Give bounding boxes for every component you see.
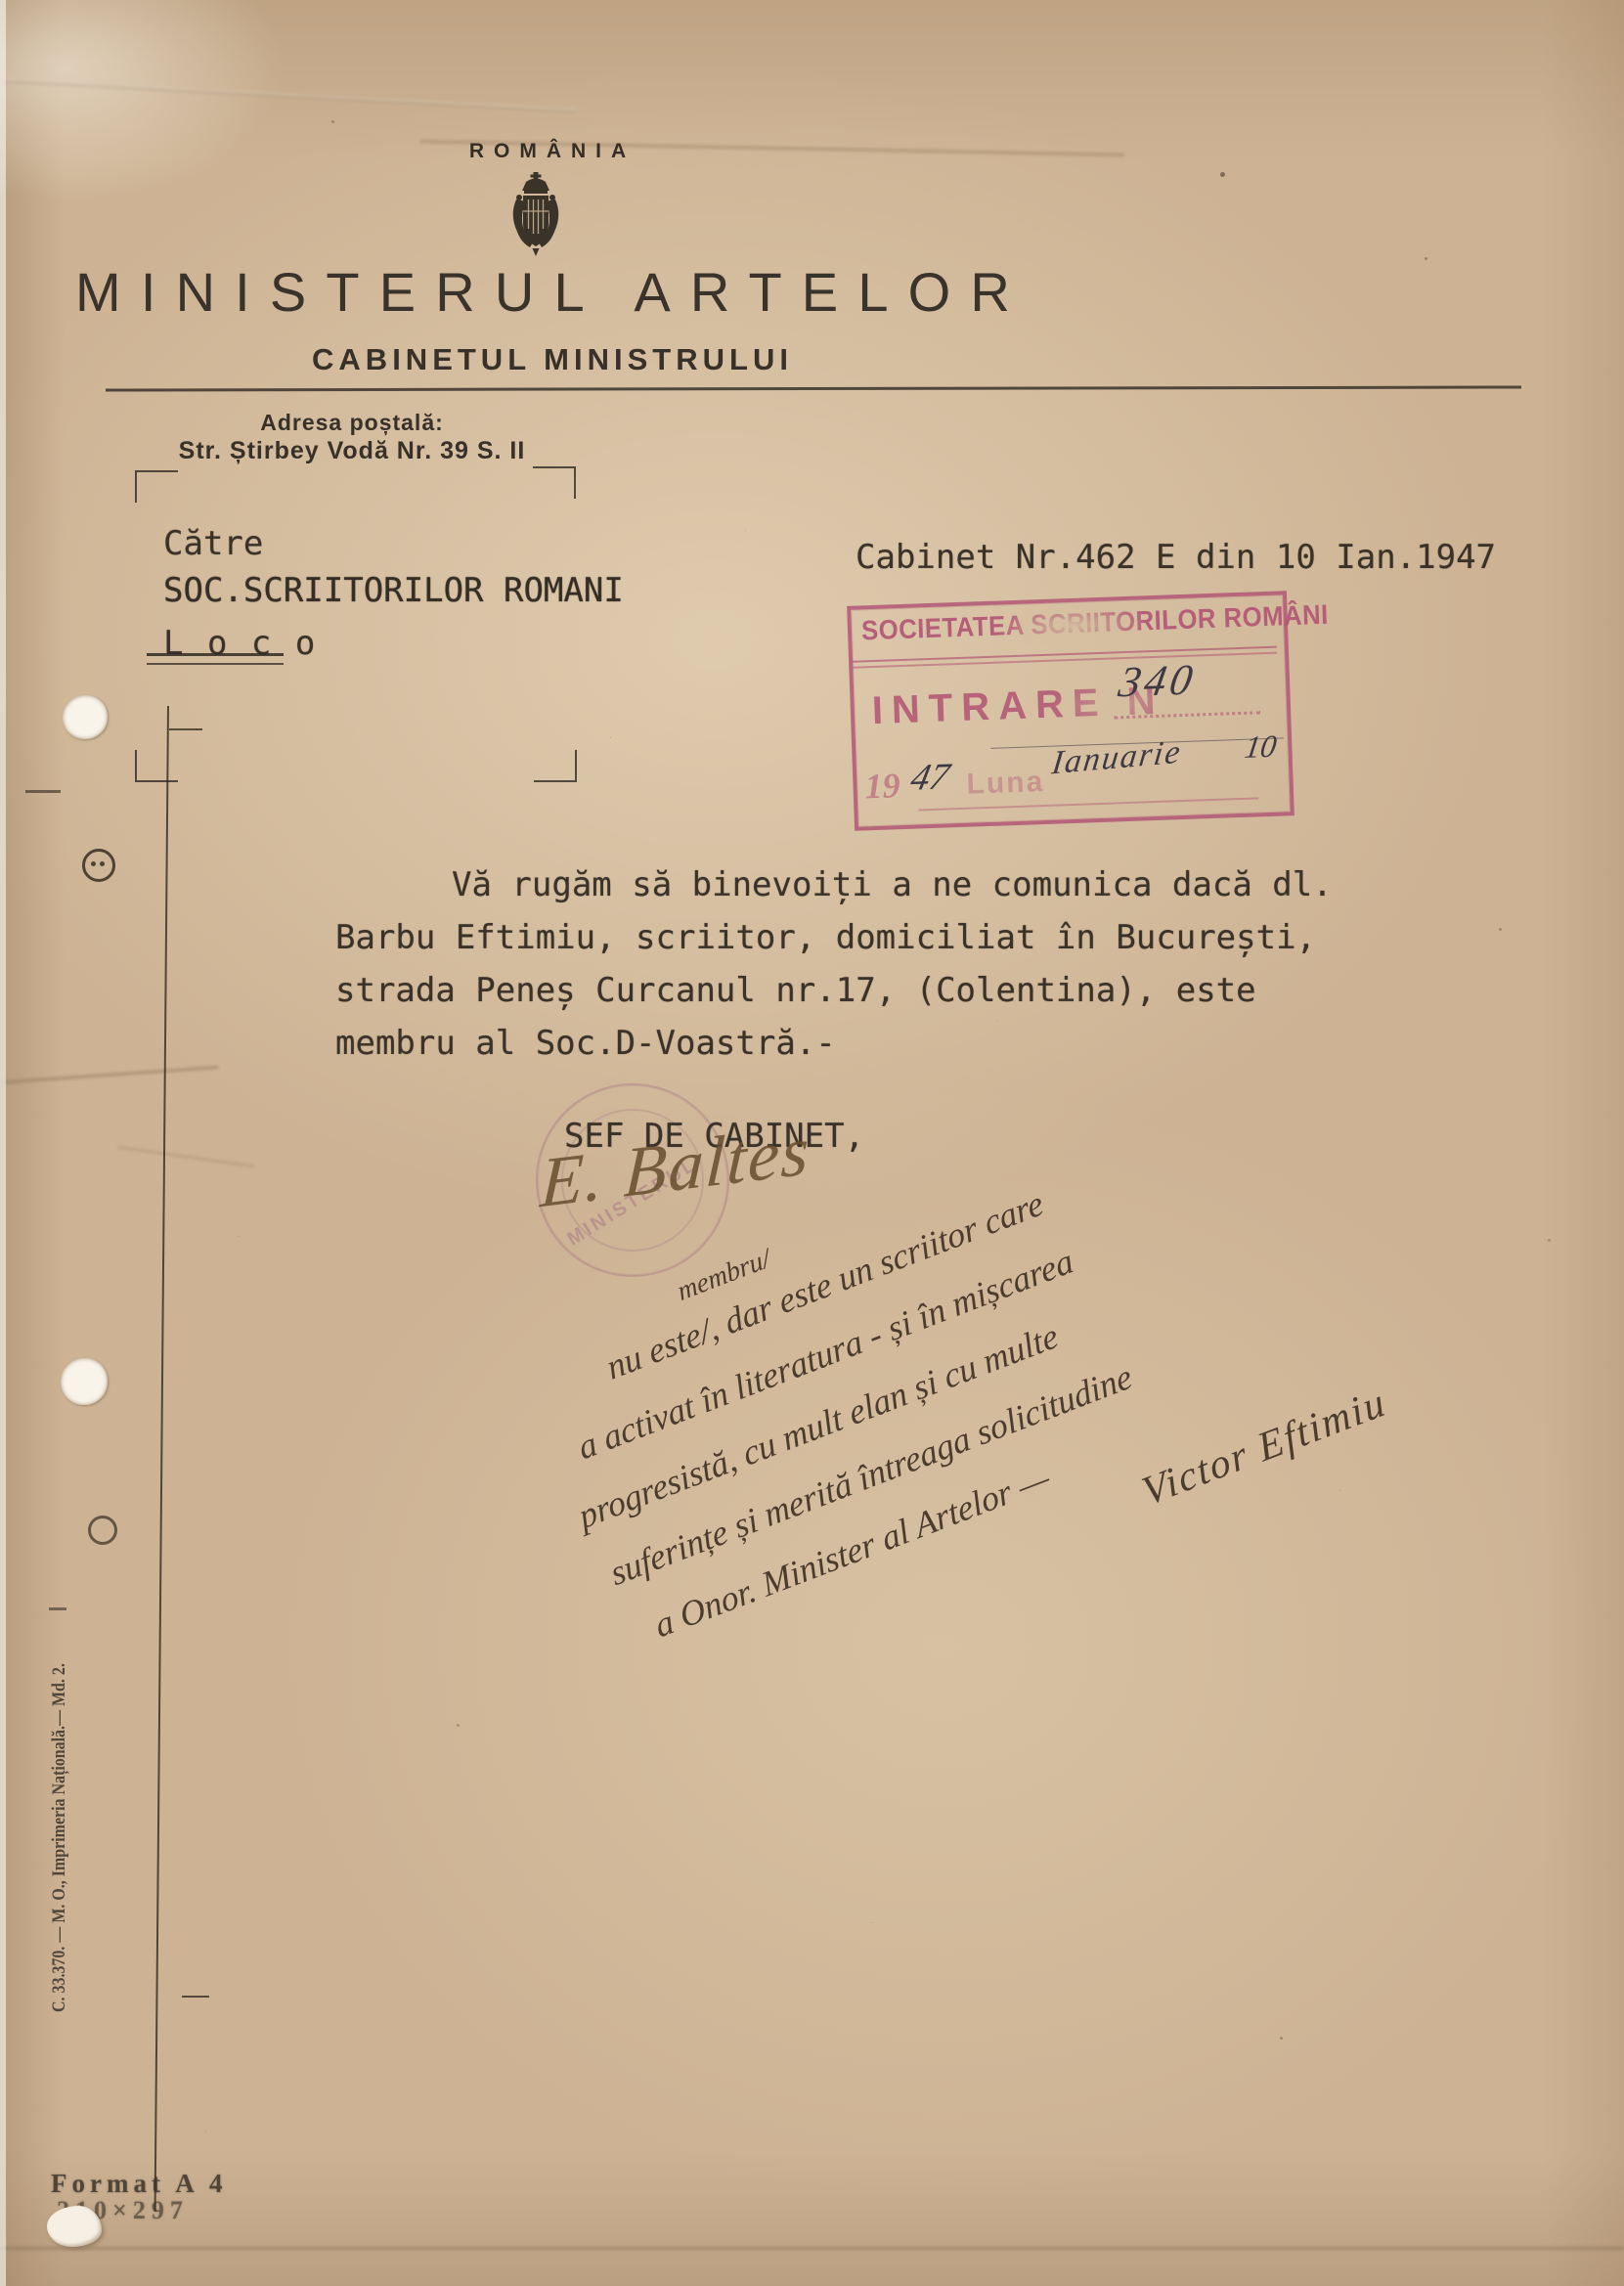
crease-line (0, 78, 577, 111)
body-line: Barbu Eftimiu, scriitor, domiciliat în B… (335, 911, 1333, 964)
printer-code-text: C. 33.370. — M. O., Imprimeria Națională… (49, 1663, 70, 2012)
entry-number-handwritten: 340 (1115, 654, 1200, 707)
coat-of-arms-icon (507, 172, 564, 272)
corner-bracket-top-left (135, 470, 178, 503)
punch-hole (63, 695, 108, 739)
margin-line (154, 706, 169, 2212)
paper-tear (47, 2206, 102, 2247)
entry-month-handwritten: Ianuarie (1050, 733, 1184, 782)
ink-circle-mark (82, 849, 115, 882)
postal-address: Str. Știrbey Vodă Nr. 39 S. II (108, 437, 596, 465)
printer-code: C. 33.370. — M. O., Imprimeria Națională… (49, 1597, 70, 2012)
crease-line (0, 1066, 219, 1084)
punch-hole (61, 1358, 108, 1405)
format-label: Format A 4 (51, 2169, 227, 2199)
entry-day-handwritten: 10 (1243, 728, 1279, 766)
margin-tick (182, 1996, 209, 1998)
entry-year-handwritten: 47 (907, 755, 953, 800)
recipient-city-underline (147, 653, 284, 665)
reference-number: Cabinet Nr.462 E din 10 Ian.1947 (856, 538, 1496, 577)
corner-bracket-top-right (533, 466, 576, 499)
scanned-letter-page: ROMÂNIA MINISTERUL ARTELOR CABINETUL MIN… (0, 0, 1624, 2286)
body-line: membru al Soc.D-Voastră.- (335, 1017, 1333, 1070)
header-rule (106, 385, 1521, 391)
body-line: Vă rugăm să binevoiți a ne comunica dacă… (452, 858, 1333, 911)
ink-dot (91, 861, 96, 866)
stamp-ink-fade (997, 601, 1145, 649)
body-paragraph: Vă rugăm să binevoiți a ne comunica dacă… (335, 858, 1333, 1070)
crease-line (0, 2247, 1624, 2250)
cabinet-subtitle: CABINETUL MINISTRULUI (0, 342, 1105, 377)
recipient-to-label: Către (163, 524, 263, 563)
ink-circle-mark (88, 1516, 117, 1545)
entry-month-label: Luna (966, 766, 1045, 802)
ink-dot (100, 861, 105, 866)
postal-address-label: Adresa poștală: (108, 410, 596, 436)
crease-line (118, 1146, 254, 1166)
margin-tick (169, 728, 202, 730)
corner-bracket-bottom-right (534, 750, 577, 782)
recipient-name: SOC.SCRIITORILOR ROMANI (163, 571, 624, 610)
paper-speckles (0, 0, 5, 5)
entry-year-printed: 19 (864, 765, 900, 807)
margin-dash (25, 790, 61, 793)
entry-stamp: SOCIETATEA SCRIITORILOR ROMÂNI INTRARE N… (847, 591, 1295, 831)
country-name: ROMÂNIA (0, 140, 1105, 163)
body-line: strada Peneș Curcanul nr.17, (Colentina)… (335, 964, 1333, 1017)
ministry-title: MINISTERUL ARTELOR (0, 260, 1105, 324)
corner-bracket-bottom-left (135, 750, 178, 782)
